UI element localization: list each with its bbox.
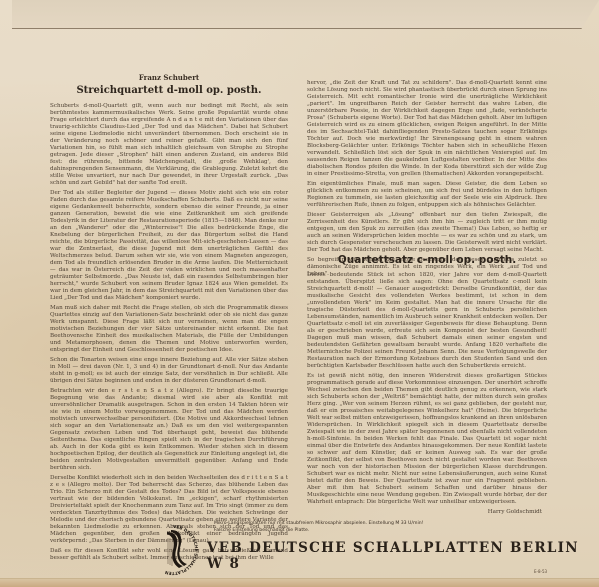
right-column-second: Dieses bedeutende Stück ist schon 1820, … [307,272,547,516]
paragraph: Dieser Geisterreigen als „Lösung" offenb… [307,212,547,254]
paragraph: Man muß sich daher mit Recht die Frage s… [50,305,288,354]
work-title: Streichquartett d-moll op. posth. [50,85,288,96]
paragraph: hervor, „die Zeit der Kraft und Tat zu s… [307,80,547,178]
second-work-title: Quartettsatz c-moll op. posth. [307,254,547,266]
playback-note-line2: Falsche Einstellung beschädigt die Platt… [214,528,423,535]
sleeve-bottom-edge [0,578,599,587]
paragraph: Schuberts d-moll-Quartett gilt, wenn auc… [50,103,288,187]
author-signature: Harry Goldschmidt [307,509,547,516]
paragraph: Schon die Tonarten weisen eine enge inne… [50,357,288,385]
catalog-code: E-8-53 [534,569,547,574]
playback-note-line1: Mikro-Langspielplatten nur mit staubfrei… [214,521,423,528]
left-column: Schuberts d-moll-Quartett gilt, wenn auc… [50,103,288,565]
logo-text: VEB DEUTSCHE SCHALLPLATTEN [164,524,199,576]
svg-text:VEB DEUTSCHE SCHALLPLATTEN: VEB DEUTSCHE SCHALLPLATTEN [164,524,199,576]
composer-name: Franz Schubert [50,73,288,82]
paragraph: Betrachten wir den e r s t e n S a t z (… [50,388,288,472]
publisher-name: VEB DEUTSCHE SCHALLPLATTEN BERLIN W 8 [207,540,599,572]
paragraph: Es ist gewiß nicht nötig, den inneren Wi… [307,373,547,506]
paragraph: Dieses bedeutende Stück ist schon 1820, … [307,272,547,370]
paragraph: Der Tod als stiller Begleiter der Jugend… [50,190,288,302]
playback-note: Mikro-Langspielplatten nur mit staubfrei… [214,521,423,534]
paragraph: Ein eigentümliches Finale, muß man sagen… [307,181,547,209]
right-column: hervor, „die Zeit der Kraft und Tat zu s… [307,80,547,281]
sleeve-flap [12,0,599,29]
harp-logo-icon: VEB DEUTSCHE SCHALLPLATTEN [143,520,203,580]
